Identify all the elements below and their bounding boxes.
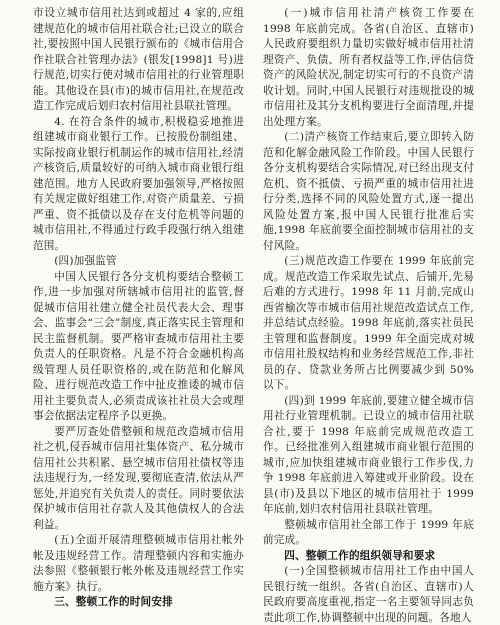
paragraph: (四)加强监管 (33, 254, 244, 270)
paragraph: (二)清产核资工作结束后,要立即转入防范和化解金融风险工作阶段。中国人民银行各分… (263, 130, 474, 254)
paragraph: 整顿城市信用社全部工作于 1999 年底前完成。 (263, 518, 474, 549)
left-column: 市设立城市信用社达到或超过 4 家的,应组建规范化的城市信用社联合社;已设立的联… (33, 6, 244, 625)
document-page: 市设立城市信用社达到或超过 4 家的,应组建规范化的城市信用社联合社;已设立的联… (0, 0, 500, 625)
paragraph: (四)到 1999 年底前,要建立健全城市信用社行业管理机制。已设立的城市信用社… (263, 394, 474, 518)
paragraph: 要严厉查处借整顿和规范改造城市信用社之机,侵吞城市信用社集体资产、私分城市信用社… (33, 425, 244, 534)
paragraph: (五)全面开展清理整顿城市信用社帐外帐及违规经营工作。清理整顿内容和实施办法参照… (33, 533, 244, 595)
section-heading: 四、整顿工作的组织领导和要求 (263, 549, 474, 565)
paragraph: (一)全国整顿城市信用社工作由中国人民银行统一组织。各省(自治区、直辖市)人民政… (263, 564, 474, 625)
paragraph: 中国人民银行各分支机构要结合整顿工作,进一步加强对所辖城市信用社的监管,督促城市… (33, 270, 244, 425)
paragraph: (三)规范改造工作要在 1999 年底前完成。规范改造工作采取先试点、后铺开,先… (263, 254, 474, 394)
paragraph: 4. 在符合条件的城市,积极稳妥地推进组建城市商业银行工作。已按股份制组建、实际… (33, 115, 244, 255)
section-heading: 三、整顿工作的时间安排 (33, 595, 244, 611)
paragraph: (一)城市信用社清产核资工作要在 1998 年底前完成。各省(自治区、直辖市)人… (263, 6, 474, 130)
paragraph: 市设立城市信用社达到或超过 4 家的,应组建规范化的城市信用社联合社;已设立的联… (33, 6, 244, 115)
right-column: (一)城市信用社清产核资工作要在 1998 年底前完成。各省(自治区、直辖市)人… (263, 6, 474, 625)
